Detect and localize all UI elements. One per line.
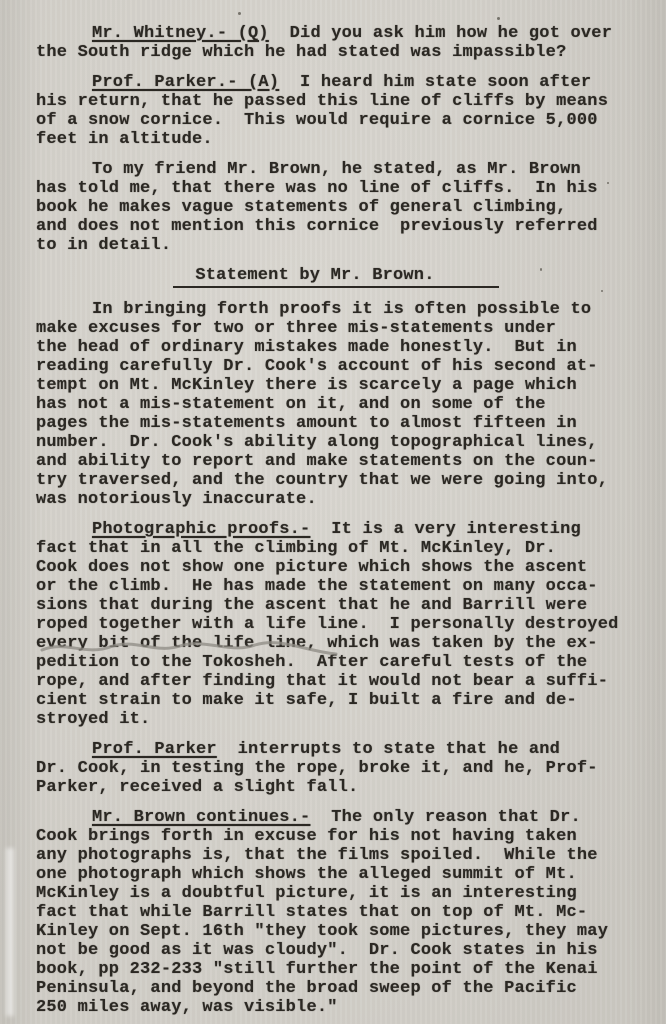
- paragraph-photographic-proofs: Photographic proofs.- It is a very inter…: [36, 520, 636, 729]
- paragraph-brown-friend: To my friend Mr. Brown, he stated, as Mr…: [36, 160, 636, 255]
- ink-speck: [497, 17, 500, 20]
- speaker-lead-whitney: Mr. Whitney.- (Q): [92, 24, 269, 43]
- speaker-lead-parker: Prof. Parker.- (A): [92, 73, 279, 92]
- paragraph-whitney-question: Mr. Whitney.- (Q) Did you ask him how he…: [36, 24, 636, 62]
- document-page: Mr. Whitney.- (Q) Did you ask him how he…: [0, 0, 666, 1024]
- section-heading-row: Statement by Mr. Brown.: [36, 266, 636, 288]
- paragraph-text: It is a very interesting fact that in al…: [36, 520, 619, 729]
- paragraph-text: In bringing forth proofs it is often pos…: [36, 300, 608, 509]
- paragraph-parker-interrupts: Prof. Parker interrupts to state that he…: [36, 740, 636, 797]
- paragraph-text: The only reason that Dr. Cook brings for…: [36, 808, 608, 1017]
- speaker-lead-brown-continues: Mr. Brown continues.-: [92, 808, 310, 827]
- paragraph-mis-statements: In bringing forth proofs it is often pos…: [36, 300, 636, 509]
- speaker-lead-parker-interrupt: Prof. Parker: [92, 740, 217, 759]
- paragraph-brown-continues: Mr. Brown continues.- The only reason th…: [36, 808, 636, 1017]
- lead-photographic-proofs: Photographic proofs.-: [92, 520, 310, 539]
- section-heading: Statement by Mr. Brown.: [173, 266, 498, 288]
- ink-speck: [238, 12, 241, 15]
- paragraph-parker-answer: Prof. Parker.- (A) I heard him state soo…: [36, 73, 636, 149]
- paragraph-text: To my friend Mr. Brown, he stated, as Mr…: [36, 160, 598, 255]
- document-content: Mr. Whitney.- (Q) Did you ask him how he…: [36, 24, 636, 1024]
